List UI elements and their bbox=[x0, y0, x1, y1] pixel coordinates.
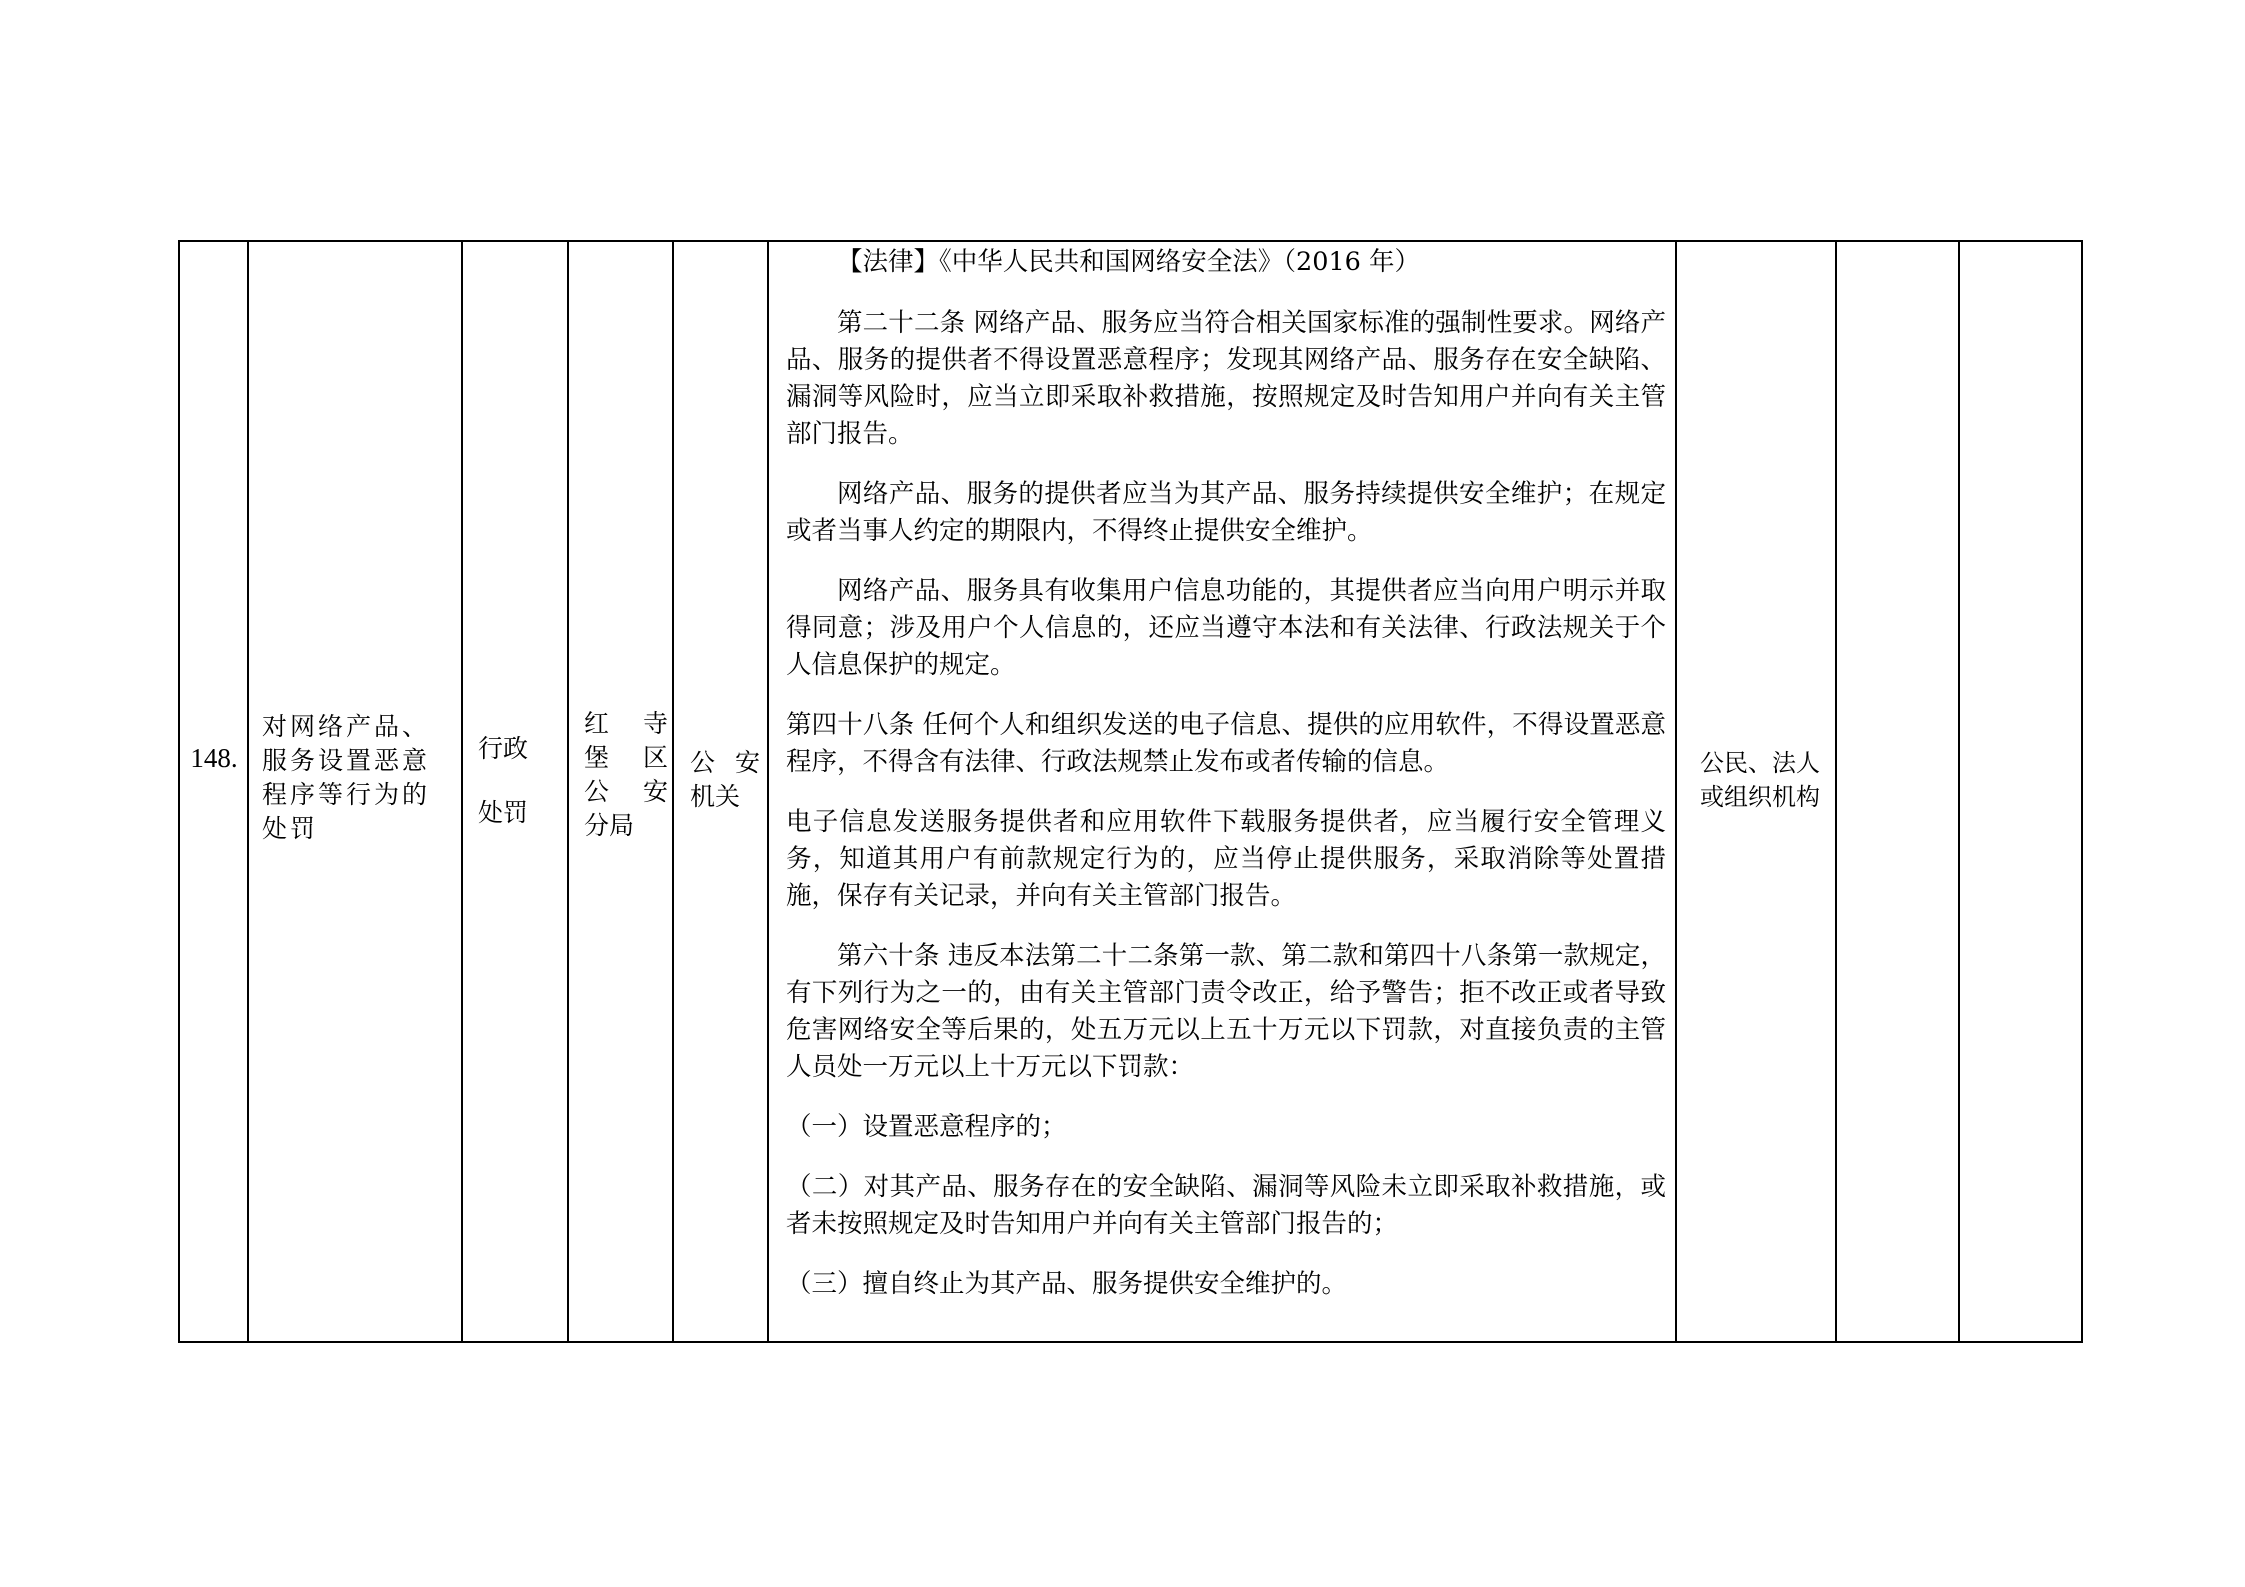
law-paragraph: 电子信息发送服务提供者和应用软件下载服务提供者，应当履行安全管理义务，知道其用户… bbox=[786, 804, 1666, 915]
dept-char: 区 bbox=[643, 741, 668, 775]
law-paragraph: 网络产品、服务的提供者应当为其产品、服务持续提供安全维护；在规定或者当事人约定的… bbox=[786, 476, 1666, 550]
law-item: （三）擅自终止为其产品、服务提供安全维护的。 bbox=[786, 1266, 1666, 1303]
responsible-agency-cell: 公安 机关 bbox=[690, 746, 760, 814]
law-paragraph: 第四十八条 任何个人和组织发送的电子信息、提供的应用软件，不得设置恶意程序，不得… bbox=[786, 707, 1666, 781]
dept-char: 红 bbox=[584, 707, 609, 741]
document-page: 148. 对网络产品、服务设置恶意程序等行为的处罚 行政 处罚 红寺 堡区 公安… bbox=[0, 0, 2245, 1587]
column-divider bbox=[247, 240, 249, 1343]
serial-number-cell: 148. bbox=[180, 740, 248, 776]
dept-char: 堡 bbox=[584, 741, 609, 775]
column-divider bbox=[567, 240, 569, 1343]
column-divider bbox=[461, 240, 463, 1343]
empty-cell-col9 bbox=[1961, 242, 2081, 1342]
law-item: （二）对其产品、服务存在的安全缺陷、漏洞等风险未立即采取补救措施，或者未按照规定… bbox=[786, 1169, 1666, 1243]
category-cell: 行政 处罚 bbox=[478, 732, 558, 830]
agency-char: 公 bbox=[690, 746, 715, 780]
law-title: 【法律】《中华人民共和国网络安全法》（2016 年） bbox=[786, 244, 1666, 281]
agency-char: 安 bbox=[735, 746, 760, 780]
category-line: 处罚 bbox=[478, 796, 558, 830]
category-line: 行政 bbox=[478, 732, 558, 766]
column-divider bbox=[767, 240, 769, 1343]
target-subject-cell: 公民、法人或组织机构 bbox=[1700, 746, 1836, 814]
dept-char: 寺 bbox=[643, 707, 668, 741]
agency-char: 机关 bbox=[690, 780, 740, 814]
dept-char: 分局 bbox=[584, 809, 634, 843]
implementing-department-cell: 红寺 堡区 公安 分局 bbox=[584, 707, 668, 843]
column-divider bbox=[1958, 240, 1960, 1343]
column-divider bbox=[672, 240, 674, 1343]
dept-char: 公 bbox=[584, 775, 609, 809]
item-name-cell: 对网络产品、服务设置恶意程序等行为的处罚 bbox=[262, 710, 452, 846]
law-paragraph: 第六十条 违反本法第二十二条第一款、第二款和第四十八条第一款规定，有下列行为之一… bbox=[786, 938, 1666, 1086]
law-paragraph: 网络产品、服务具有收集用户信息功能的，其提供者应当向用户明示并取得同意；涉及用户… bbox=[786, 573, 1666, 684]
legal-basis-cell: 【法律】《中华人民共和国网络安全法》（2016 年） 第二十二条 网络产品、服务… bbox=[786, 244, 1666, 1303]
dept-char: 安 bbox=[643, 775, 668, 809]
column-divider bbox=[1675, 240, 1677, 1343]
law-item: （一）设置恶意程序的； bbox=[786, 1109, 1666, 1146]
law-paragraph: 第二十二条 网络产品、服务应当符合相关国家标准的强制性要求。网络产品、服务的提供… bbox=[786, 305, 1666, 453]
empty-cell-col8 bbox=[1838, 242, 1958, 1342]
